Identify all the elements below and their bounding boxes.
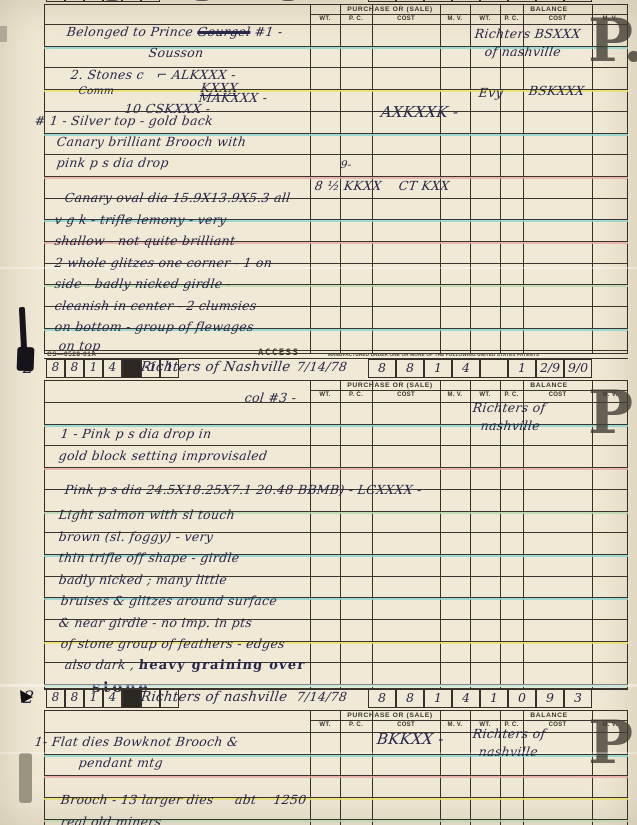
handwritten-text: & near girdle - no imp. in pts [58, 615, 253, 630]
grid-entry: nashville [480, 420, 541, 433]
ledger-card-3: 28814Richters of nashville7/14/788814109… [44, 688, 628, 825]
id-cell: 4 [452, 359, 480, 378]
handwritten-line: Sousson [148, 47, 204, 60]
handwritten-text: on bottom - group of flewages [54, 319, 255, 334]
ledger-card-1: PURCHASE OR (SALE)BALANCEWT.P. C.COSTM. … [44, 0, 628, 354]
accent-stripe [44, 776, 628, 778]
column-header-label: WT. [470, 392, 500, 398]
stamp-p: P. [588, 14, 637, 68]
id-cell: 1 [424, 359, 452, 378]
id-cell: 8 [46, 359, 65, 378]
column-header-label: M. V. [440, 392, 470, 398]
header-divider [310, 390, 628, 391]
scanned-appraisal-ledger-page: PURCHASE OR (SALE)BALANCEWT.P. C.COSTM. … [0, 0, 637, 825]
id-cell: 1 [84, 689, 103, 708]
paper-crease [0, 752, 637, 754]
id-cell [122, 0, 141, 2]
id-cell: 1 [508, 359, 536, 378]
id-cell [122, 689, 141, 708]
id-digit: 1 [425, 690, 451, 705]
row-rule [44, 350, 628, 351]
handwritten-line: thin trifle off shape - girdle [58, 552, 240, 565]
handwritten-text: Brooch - 13 larger dies abt 1250 [60, 792, 307, 807]
id-digit: 8 [397, 360, 423, 375]
ink-smudge [194, 0, 210, 1]
id-cell [65, 0, 84, 2]
id-cell [480, 359, 508, 378]
vendor-name: Richters of Nashville [140, 361, 291, 375]
id-cell: 8 [65, 359, 84, 378]
photocopy-smudge-artifact [19, 753, 32, 803]
record-date: 7/14/78 [296, 361, 348, 374]
id-digit: 8 [369, 690, 395, 705]
id-digit: 8 [369, 360, 395, 375]
column-line [310, 4, 311, 354]
column-header-label: COST [372, 392, 440, 398]
column-header-label: WT. [310, 16, 340, 22]
handwritten-line: Belonged to Prince Gourgel #1 - [66, 26, 283, 39]
id-cell [396, 0, 424, 2]
handwritten-text: pendant mtg [78, 755, 164, 770]
photocopy-clip-artifact [17, 347, 35, 372]
id-cell [141, 0, 160, 2]
vendor-name: Richters of nashville [140, 691, 288, 705]
paper-crease [0, 267, 637, 269]
id-digit: 2/9 [537, 360, 563, 375]
id-digit: 4 [453, 360, 479, 375]
paper-crease [0, 684, 637, 687]
record-date: 7/14/78 [296, 691, 348, 704]
id-digit: 4 [104, 360, 121, 374]
id-cell: 8 [65, 689, 84, 708]
id-cell: 4 [103, 359, 122, 378]
id-cell [452, 0, 480, 2]
column-header-label: M. V. [440, 16, 470, 22]
column-header-label: COST [523, 16, 592, 22]
id-cell [508, 0, 536, 2]
id-cell: 9 [536, 689, 564, 708]
id-cell: 4 [103, 689, 122, 708]
id-digit: 1 [425, 360, 451, 375]
handwritten-line: real old miners [60, 816, 162, 825]
handwritten-line: Canary oval dia 15.9X13.9X5.3 all [64, 192, 291, 205]
grid-entry: Richters of [472, 728, 546, 741]
id-digit: 9/0 [565, 360, 591, 375]
column-header-label: COST [372, 16, 440, 22]
handwritten-text: # 1 - Silver top - gold back [34, 113, 214, 128]
handwritten-text: also dark , [64, 657, 140, 672]
id-digit: 1 [85, 360, 102, 374]
handwritten-text: badly nicked ; many little [58, 572, 228, 587]
grid-entry: 9- [340, 160, 352, 171]
id-digit: 4 [104, 690, 121, 704]
handwritten-line: Light salmon with sl touch [58, 509, 236, 522]
handwritten-text: real old miners [60, 814, 162, 825]
handwritten-text: Canary oval dia 15.9X13.9X5.3 all [64, 190, 291, 205]
handwritten-line: shallow - not quite brilliant [54, 235, 236, 248]
form-code: CS—0528-01A [47, 351, 97, 358]
id-cell: 8 [396, 359, 424, 378]
handwritten-text: of stone group of feathers - edges [60, 636, 286, 651]
handwritten-text: Pink p s dia 24.5X18.25X7.1 20.48 BBMB) … [64, 482, 423, 497]
handwritten-line: pink p s dia drop [56, 157, 170, 170]
id-cell: 4 [452, 689, 480, 708]
id-digit: 8 [66, 690, 83, 704]
column-header-label: M. V. [440, 722, 470, 728]
grid-entry: AXKXXK - [380, 105, 459, 120]
handwritten-line: bruises & glitzes around surface [60, 595, 278, 608]
column-header-label: P. C. [340, 16, 372, 22]
grid-entry: of nashville [484, 46, 562, 59]
column-header-label: P. C. [340, 392, 372, 398]
accent-stripe [44, 468, 628, 470]
column-header-label: P. C. [500, 16, 523, 22]
id-cell: 9/0 [564, 359, 592, 378]
handwritten-line: v g k - trifle lemony - very [54, 214, 227, 227]
photocopy-clip-artifact [19, 307, 27, 351]
id-digit: 1 [481, 690, 507, 705]
column-line [470, 4, 471, 354]
handwritten-line: Pink p s dia 24.5X18.25X7.1 20.48 BBMB) … [64, 484, 422, 497]
handwritten-text: Comm [78, 85, 115, 97]
handwritten-text: Gourgel [197, 24, 252, 39]
handwritten-text: Canary brilliant Brooch with [56, 134, 247, 149]
handwritten-text: Belonged to Prince [66, 24, 198, 39]
id-cell [480, 0, 508, 2]
id-digit: 8 [66, 360, 83, 374]
column-header-label: COST [523, 392, 592, 398]
id-digit: 3 [565, 690, 591, 705]
handwritten-line: & near girdle - no imp. in pts [58, 617, 253, 630]
header-divider [310, 720, 628, 721]
id-cell [536, 0, 564, 2]
handwritten-text: side - badly nicked girdle - [54, 276, 232, 291]
id-cell: 8 [396, 689, 424, 708]
id-cell: 2/9 [536, 359, 564, 378]
handwritten-text: 1- Flat dies Bowknot Brooch & [34, 734, 240, 749]
handwritten-text: pink p s dia drop [56, 155, 170, 170]
handwritten-line: cleanish in center - 2 clumsies [54, 300, 257, 313]
id-cell [368, 0, 396, 2]
id-cell: 0 [508, 689, 536, 708]
column-header-label: P. C. [340, 722, 372, 728]
column-header-label: WT. [470, 16, 500, 22]
id-cell: 3 [564, 689, 592, 708]
id-digit: 8 [397, 690, 423, 705]
id-cell: 8 [46, 689, 65, 708]
grid-entry: 8 ½ KKXX CT KXX [314, 180, 450, 193]
handwritten-line: badly nicked ; many little [58, 574, 228, 587]
column-header-label: COST [372, 722, 440, 728]
handwritten-text: Light salmon with sl touch [58, 507, 236, 522]
id-digit: 4 [453, 690, 479, 705]
column-header-label: WT. [310, 722, 340, 728]
purchase-section-header: PURCHASE OR (SALE) [310, 382, 470, 389]
id-digit: 1 [509, 360, 535, 375]
handwritten-line: on bottom - group of flewages [54, 321, 255, 334]
handwritten-text: col #3 - [244, 390, 297, 405]
grid-entry: Evy [478, 87, 504, 100]
handwritten-text: v g k - trifle lemony - very [54, 212, 228, 227]
id-digit: 8 [47, 690, 64, 704]
column-header-label: P. C. [500, 392, 523, 398]
handwritten-text: #1 - [250, 24, 284, 39]
handwritten-text: bruises & glitzes around surface [60, 593, 278, 608]
id-cell: 8 [368, 689, 396, 708]
id-cell: 1 [424, 689, 452, 708]
handwritten-line: 1- Flat dies Bowknot Brooch & [34, 736, 239, 749]
purchase-section-header: PURCHASE OR (SALE) [310, 6, 470, 13]
handwritten-line: Brooch - 13 larger dies abt 1250 [60, 794, 307, 807]
handwritten-line: brown (sl. foggy) - very [58, 531, 214, 544]
handwritten-text: thin trifle off shape - girdle [58, 550, 241, 565]
handwritten-text: 1 - Pink p s dia drop in [60, 426, 212, 441]
grid-entry: BSKXXX [528, 85, 585, 98]
handwritten-text: cleanish in center - 2 clumsies [54, 298, 258, 313]
handwritten-line: Canary brilliant Brooch with [56, 136, 247, 149]
id-cell: 8 [368, 359, 396, 378]
grid-entry: Richters BSXXX [474, 28, 581, 41]
id-digit: 0 [509, 690, 535, 705]
id-cell: 1 [84, 359, 103, 378]
id-cell [46, 0, 65, 2]
header-divider [310, 14, 628, 15]
id-cell [564, 0, 592, 2]
handwritten-line: # 1 - Silver top - gold back [34, 115, 214, 128]
id-digit: 1 [85, 690, 102, 704]
handwritten-line: 1 - Pink p s dia drop in [60, 428, 212, 441]
handwritten-text: shallow - not quite brilliant [54, 233, 236, 248]
grid-entry: Richters of [472, 402, 546, 415]
handwritten-line: Comm [78, 86, 115, 97]
handwritten-line: also dark , heavy graining over [64, 659, 306, 672]
brand-logo: ACCESS [258, 348, 300, 358]
patent-fine-print: MANUFACTURED UNDER ONE OR MORE OF THE FO… [328, 352, 539, 357]
grid-entry: BKKXX - [376, 732, 445, 747]
id-cell [84, 0, 103, 2]
column-header-label: WT. [310, 392, 340, 398]
id-cell [424, 0, 452, 2]
handwritten-line: of stone group of feathers - edges [60, 638, 286, 651]
purchase-section-header: PURCHASE OR (SALE) [310, 712, 470, 719]
handwritten-text: gold block setting improvisaled [58, 448, 268, 463]
id-digit: 8 [47, 360, 64, 374]
handwritten-text: brown (sl. foggy) - very [58, 529, 214, 544]
row-rule [44, 445, 628, 446]
edge-mark-artifact [0, 26, 7, 42]
handwritten-text: Sousson [148, 45, 204, 60]
handwritten-line: col #3 - [244, 392, 297, 405]
id-cell: 1 [480, 689, 508, 708]
handwritten-line: pendant mtg [78, 757, 164, 770]
stamp-p: P [588, 386, 633, 440]
stamp-p: P [588, 716, 633, 770]
handwritten-line: side - badly nicked girdle - [54, 278, 232, 291]
id-digit: 9 [537, 690, 563, 705]
id-cell [122, 359, 141, 378]
ledger-card-2: 28814-11Richters of Nashville7/14/788814… [44, 358, 628, 690]
ink-smudge [280, 0, 296, 1]
handwritten-text: heavy graining over [138, 658, 307, 673]
handwritten-line: gold block setting improvisaled [58, 450, 268, 463]
